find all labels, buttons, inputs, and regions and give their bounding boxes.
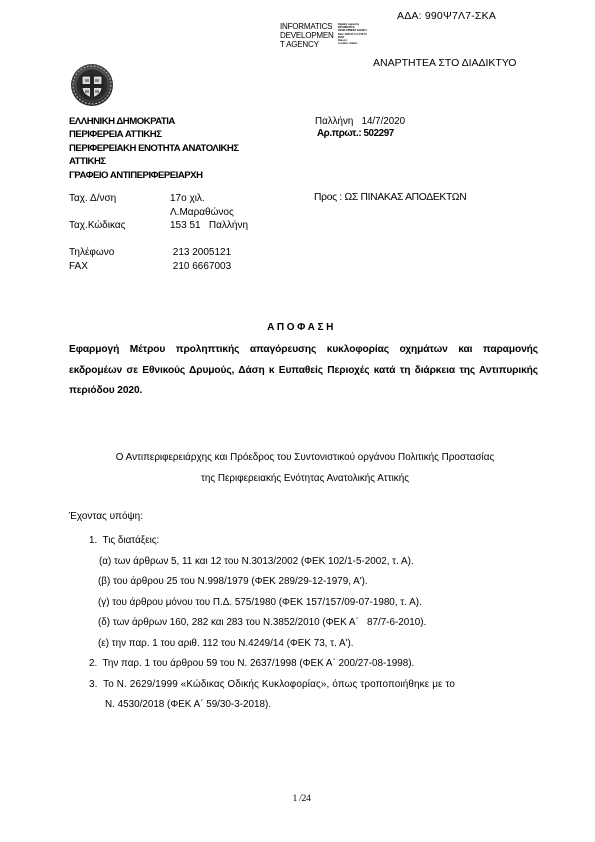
contact-value: 213 2005121 (170, 246, 231, 260)
page-number: 1 /24 (0, 793, 595, 804)
contact-label: Τηλέφωνο (69, 246, 114, 260)
list-item: Ν. 4530/2018 (ΦΕΚ Α΄ 59/30-3-2018). (69, 695, 455, 716)
ida-logo-line: DEVELOPMEN (280, 31, 334, 40)
contact-label: FAX (69, 260, 88, 274)
contact-value: 153 51 Παλλήνη (170, 219, 248, 233)
contact-row: Τηλέφωνο 213 2005121 (69, 246, 309, 260)
authority-line: της Περιφερειακής Ενότητας Ανατολικής Ατ… (60, 469, 550, 490)
protocol-number: Αρ.πρωτ.: 502297 (317, 128, 394, 139)
digital-signature-text: Digitally signed by INFORMATICS DEVELOPM… (338, 23, 367, 45)
contact-row: Ταχ.Κώδικας 153 51 Παλλήνη (69, 219, 309, 233)
signature-line: Location: Athens (338, 42, 367, 45)
issuer-line: ΑΤΤΙΚΗΣ (69, 155, 239, 168)
issuer-block: ΕΛΛΗΝΙΚΗ ΔΗΜΟΚΡΑΤΙΑ ΠΕΡΙΦΕΡΕΙΑ ΑΤΤΙΚΗΣ Π… (69, 115, 239, 182)
place-date: Παλλήνη 14/7/2020 (315, 115, 405, 128)
list-item: (β) του άρθρου 25 του Ν.998/1979 (ΦΕΚ 28… (69, 572, 455, 593)
ida-logo-line: T AGENCY (280, 40, 334, 49)
list-item: (ε) την παρ. 1 του αριθ. 112 του Ν.4249/… (69, 634, 455, 655)
legal-basis-list: 1. Τις διατάξεις: (α) των άρθρων 5, 11 κ… (69, 531, 455, 716)
decision-subject: Εφαρμογή Μέτρου προληπτικής απαγόρευσης … (69, 340, 538, 402)
contact-value: 17ο χιλ. (170, 192, 205, 206)
list-item: 2. Την παρ. 1 του άρθρου 59 του Ν. 2637/… (69, 654, 455, 675)
ada-code: ΑΔΑ: 990Ψ7Λ7-ΣΚΑ (397, 10, 496, 22)
list-item: 1. Τις διατάξεις: (69, 531, 455, 552)
decision-title: ΑΠΟΦΑΣΗ (0, 322, 595, 333)
publish-note: ΑΝΑΡΤΗΤΕΑ ΣΤΟ ΔΙΑΔΙΚΤΥΟ (373, 57, 516, 69)
contact-block: Ταχ. Δ/νση 17ο χιλ. Λ.Μαραθώνος Ταχ.Κώδι… (69, 192, 309, 274)
ida-logo-text: INFORMATICS DEVELOPMEN T AGENCY (280, 22, 334, 49)
contact-label: Ταχ. Δ/νση (69, 192, 116, 206)
ida-logo-line: INFORMATICS (280, 22, 334, 31)
authority-line: Ο Αντιπεριφερειάρχης και Πρόεδρος του Συ… (60, 448, 550, 469)
contact-row: Λ.Μαραθώνος (69, 206, 309, 220)
contact-row: FAX 210 6667003 (69, 260, 309, 274)
contact-value: 210 6667003 (170, 260, 231, 274)
contact-value: Λ.Μαραθώνος (170, 206, 234, 220)
list-item: (γ) του άρθρου μόνου του Π.Δ. 575/1980 (… (69, 593, 455, 614)
contact-row (69, 233, 309, 247)
issuer-line: ΠΕΡΙΦΕΡΕΙΑ ΑΤΤΙΚΗΣ (69, 128, 239, 141)
issuer-line: ΓΡΑΦΕΙΟ ΑΝΤΙΠΕΡΙΦΕΡΕΙΑΡΧΗ (69, 169, 239, 182)
recipient: Προς : ΩΣ ΠΙΝΑΚΑΣ ΑΠΟΔΕΚΤΩΝ (314, 192, 466, 203)
issuer-line: ΕΛΛΗΝΙΚΗ ΔΗΜΟΚΡΑΤΙΑ (69, 115, 239, 128)
contact-label: Ταχ.Κώδικας (69, 219, 125, 233)
contact-row: Ταχ. Δ/νση 17ο χιλ. (69, 192, 309, 206)
list-item: 3. Το Ν. 2629/1999 «Κώδικας Οδικής Κυκλο… (69, 675, 455, 696)
coat-of-arms-icon (70, 63, 114, 107)
authority-statement: Ο Αντιπεριφερειάρχης και Πρόεδρος του Συ… (60, 448, 550, 489)
list-item: (α) των άρθρων 5, 11 και 12 του Ν.3013/2… (69, 552, 455, 573)
considering-heading: Έχοντας υπόψη: (69, 511, 143, 522)
list-item: (δ) των άρθρων 160, 282 και 283 του Ν.38… (69, 613, 455, 634)
issuer-line: ΠΕΡΙΦΕΡΕΙΑΚΗ ΕΝΟΤΗΤΑ ΑΝΑΤΟΛΙΚΗΣ (69, 142, 239, 155)
